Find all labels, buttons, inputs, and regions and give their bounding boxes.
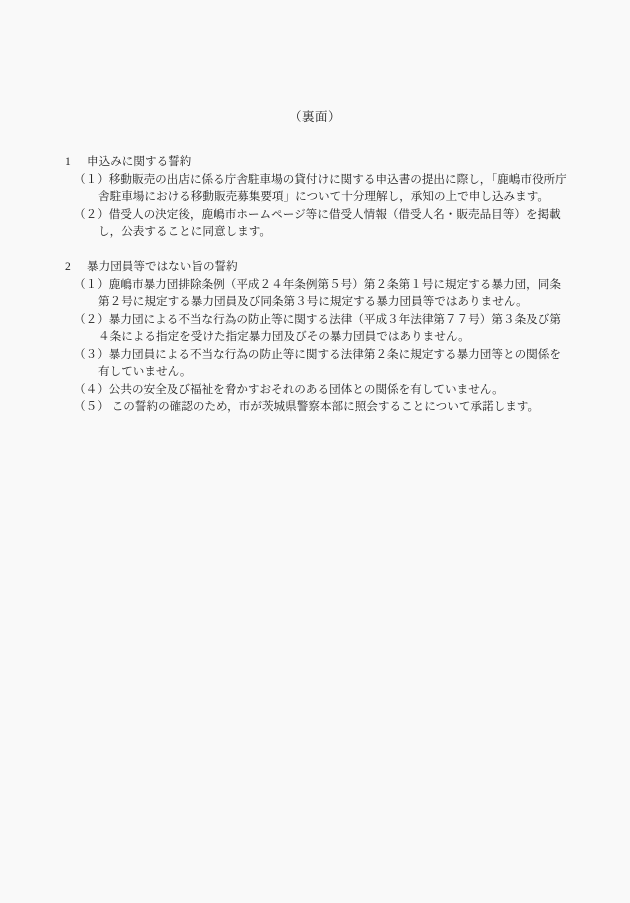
section-2-item-1-line-1: （１）鹿嶋市暴力団排除条例（平成２４年条例第５号）第２条第１号に規定する暴力団，…: [74, 276, 577, 294]
item-marker: （２）: [74, 208, 109, 221]
item-text: 暴力団による不当な行為の防止等に関する法律（平成３年法律第７７号）第３条及び第: [109, 313, 561, 326]
section-2-item-2-line-2: ４条による指定を受けた指定暴力団及びその暴力団員ではありません。: [98, 328, 577, 346]
section-2-item-3-line-1: （３）暴力団員による不当な行為の防止等に関する法律第２条に規定する暴力団等との関…: [74, 346, 577, 364]
page-title: （裏面）: [0, 109, 630, 126]
section-1-item-2-line-1: （２）借受人の決定後，鹿嶋市ホームページ等に借受人情報（借受人名・販売品目等）を…: [74, 206, 577, 224]
section-2-item-1-line-2: 第２号に規定する暴力団員及び同条第３号に規定する暴力団員等ではありません。: [98, 293, 577, 311]
item-marker: （５）: [74, 400, 109, 413]
item-text: 暴力団員による不当な行為の防止等に関する法律第２条に規定する暴力団等との関係を: [109, 348, 561, 361]
section-1-item-1-line-1: （１）移動販売の出店に係る庁舎駐車場の貸付けに関する申込書の提出に際し，「鹿嶋市…: [74, 171, 577, 189]
item-text: この誓約の確認のため，市が茨城県警察本部に照会することについて承諾します。: [109, 400, 539, 413]
item-marker: （１）: [74, 278, 109, 291]
item-text: 借受人の決定後，鹿嶋市ホームページ等に借受人情報（借受人名・販売品目等）を掲載: [109, 208, 561, 221]
document-body: 1申込みに関する誓約 （１）移動販売の出店に係る庁舎駐車場の貸付けに関する申込書…: [65, 153, 577, 416]
section-2-item-5-line-1: （５） この誓約の確認のため，市が茨城県警察本部に照会することについて承諾します…: [74, 398, 577, 416]
section-1-item-1-line-2: 舎駐車場における移動販売募集要項」について十分理解し，承知の上で申し込みます。: [98, 188, 577, 206]
section-1-heading: 1申込みに関する誓約: [65, 153, 577, 171]
item-marker: （１）: [74, 173, 109, 186]
section-2-number: 2: [65, 258, 87, 276]
section-2-item-2-line-1: （２）暴力団による不当な行為の防止等に関する法律（平成３年法律第７７号）第３条及…: [74, 311, 577, 329]
item-marker: （３）: [74, 348, 109, 361]
item-marker: （２）: [74, 313, 109, 326]
section-separator: [65, 241, 577, 259]
section-1-heading-text: 申込みに関する誓約: [87, 155, 191, 168]
section-2-item-3-line-2: 有していません。: [98, 363, 577, 381]
section-2-item-4-line-1: （４）公共の安全及び福祉を脅かすおそれのある団体との関係を有していません。: [74, 381, 577, 399]
section-2-heading: 2暴力団員等ではない旨の誓約: [65, 258, 577, 276]
section-2-heading-text: 暴力団員等ではない旨の誓約: [87, 260, 238, 273]
item-text: 公共の安全及び福祉を脅かすおそれのある団体との関係を有していません。: [109, 383, 504, 396]
document-page: （裏面） 1申込みに関する誓約 （１）移動販売の出店に係る庁舎駐車場の貸付けに関…: [0, 0, 630, 903]
section-1-item-2-line-2: し，公表することに同意します。: [98, 223, 577, 241]
item-text: 移動販売の出店に係る庁舎駐車場の貸付けに関する申込書の提出に際し，「鹿嶋市役所庁: [109, 173, 567, 186]
item-marker: （４）: [74, 383, 109, 396]
section-1-number: 1: [65, 153, 87, 171]
item-text: 鹿嶋市暴力団排除条例（平成２４年条例第５号）第２条第１号に規定する暴力団，同条: [109, 278, 561, 291]
